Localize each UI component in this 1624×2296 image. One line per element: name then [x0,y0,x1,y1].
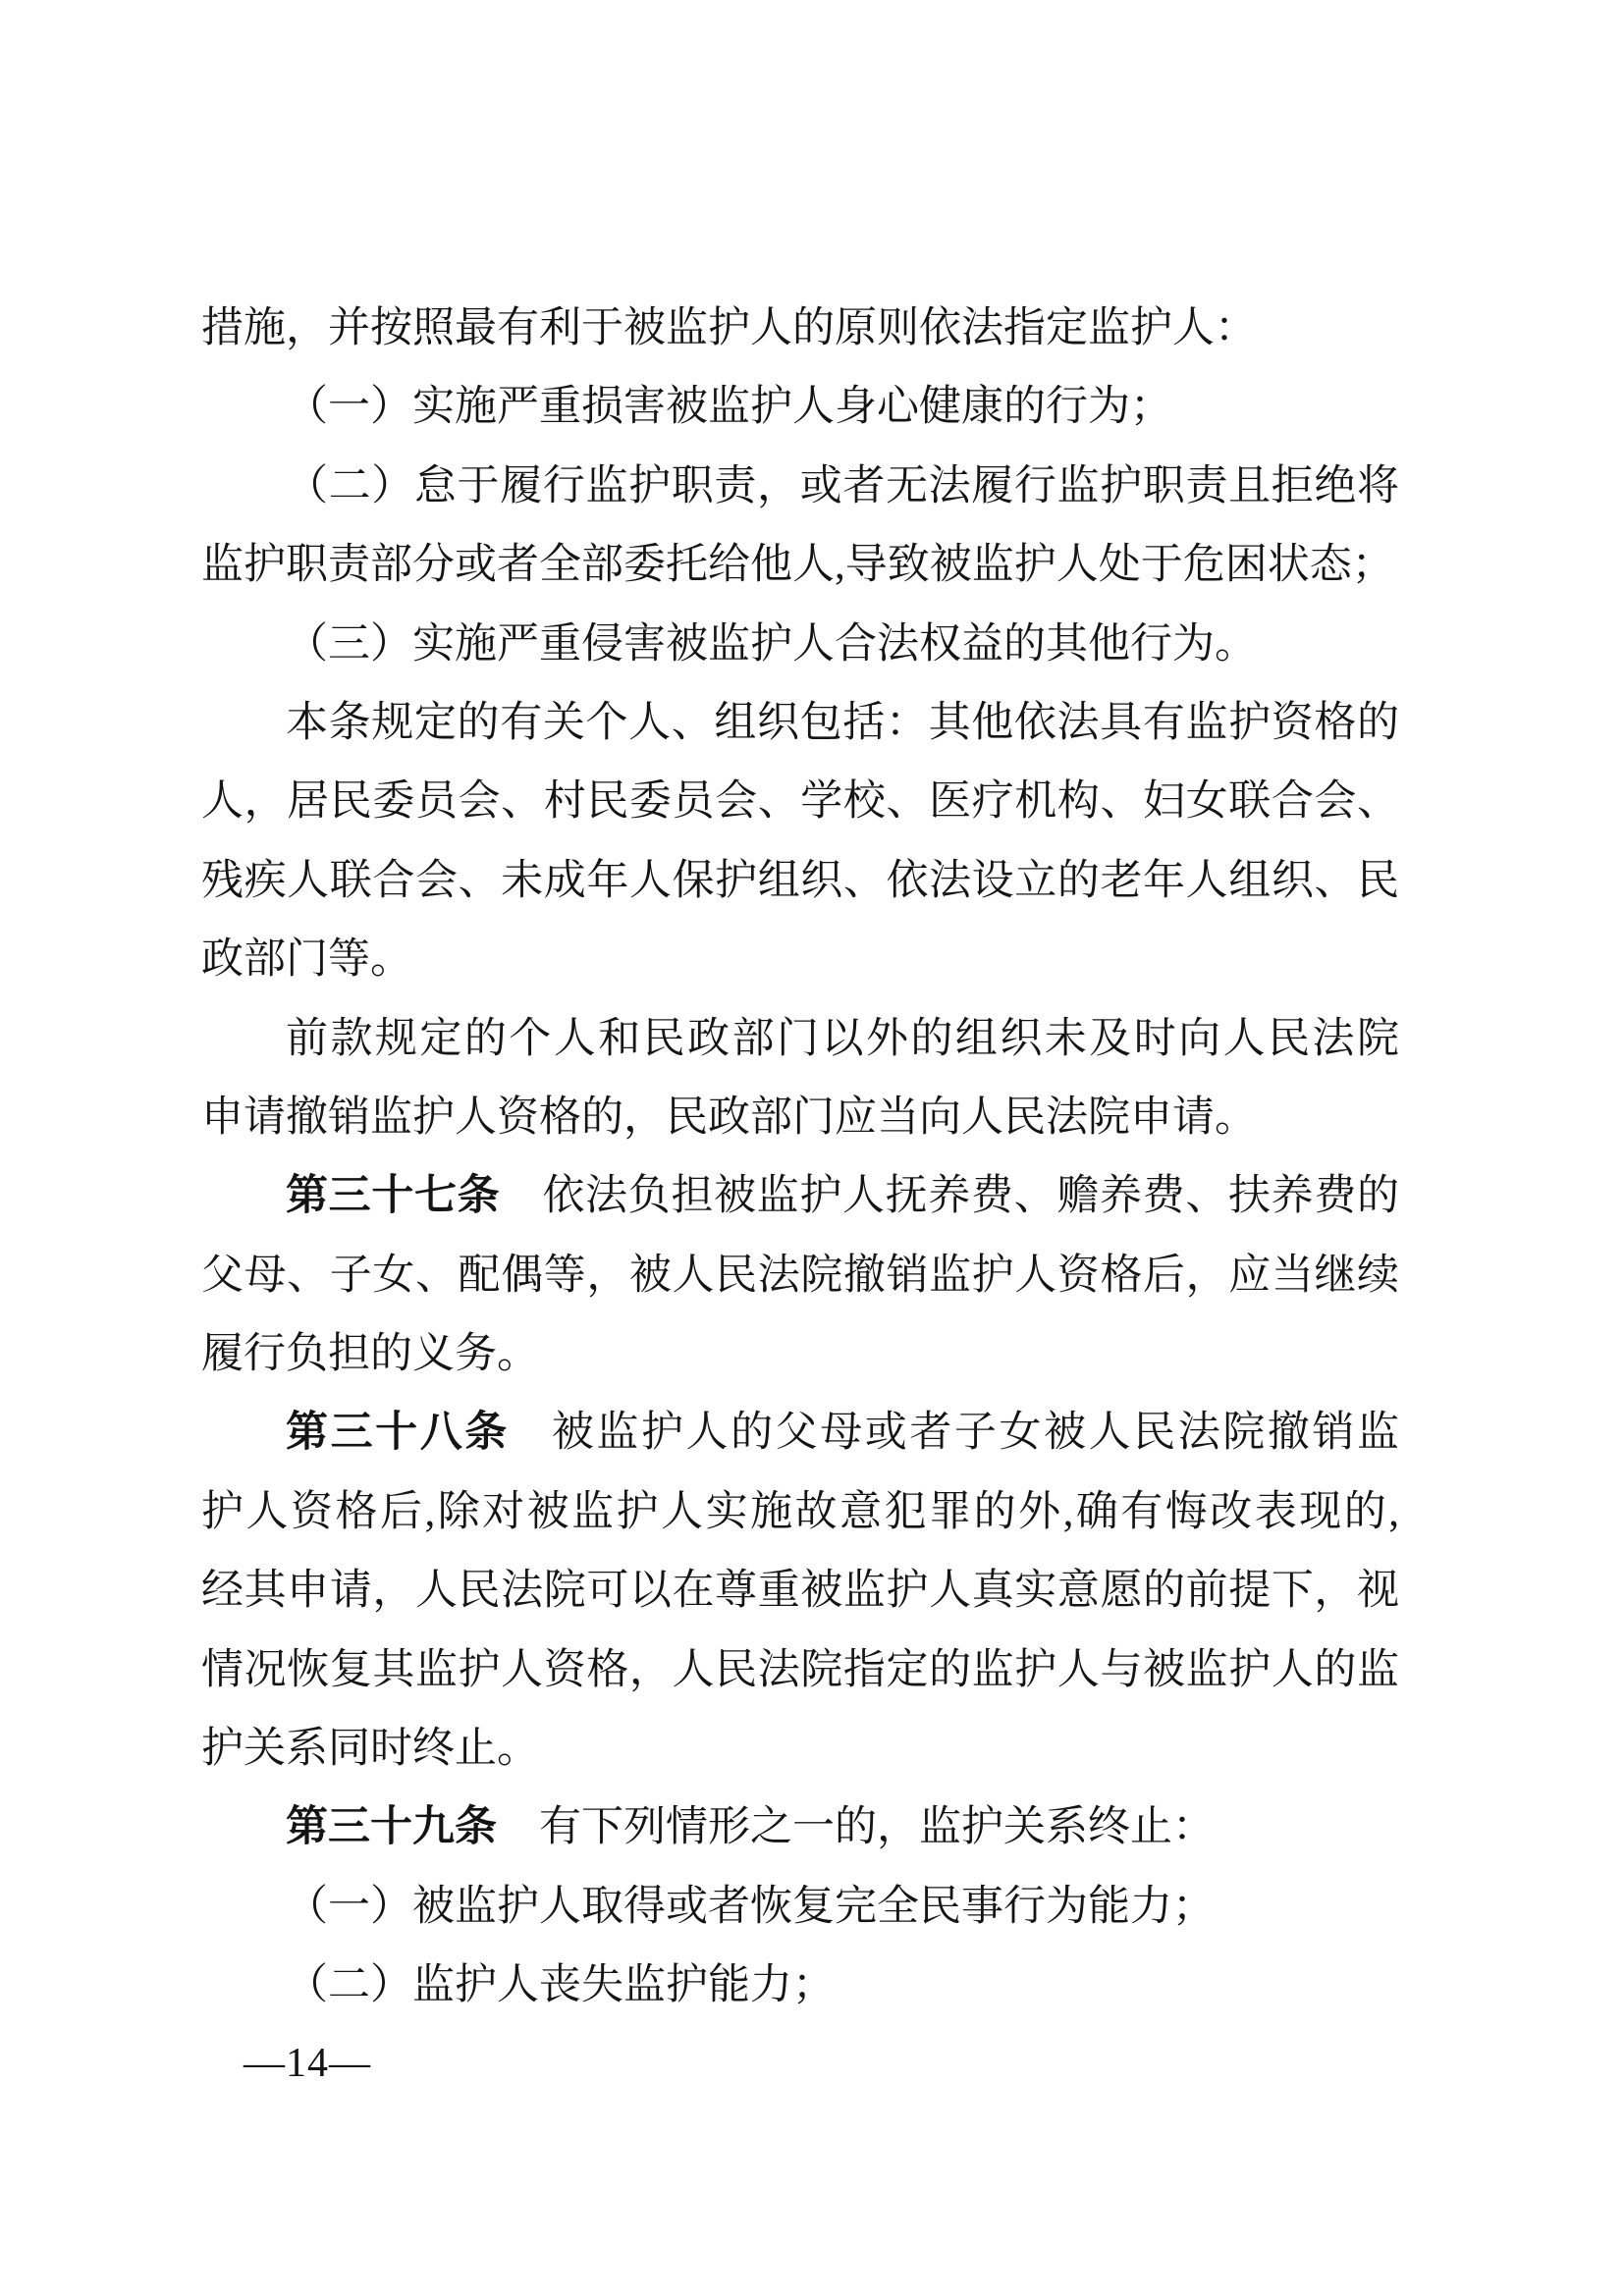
text-line: 第三十八条被监护人的父母或者子女被人民法院撤销监 [201,1394,1399,1472]
line-text: 依法负担被监护人抚养费、赡养费、扶养费的 [542,1173,1399,1219]
text-line: 第三十九条有下列情形之一的，监护关系终止： [201,1789,1399,1867]
text-line: 措施，并按照最有利于被监护人的原则依法指定监护人： [201,290,1399,368]
line-text: 前款规定的个人和民政部门以外的组织未及时向人民法院 [286,1016,1399,1062]
text-line: 护人资格后,除对被监护人实施故意犯罪的外,确有悔改表现的, [201,1473,1399,1552]
text-line: （一）实施严重损害被监护人身心健康的行为； [201,368,1399,447]
line-text: 情况恢复其监护人资格，人民法院指定的监护人与被监护人的监 [201,1647,1399,1693]
line-text: 护人资格后,除对被监护人实施故意犯罪的外,确有悔改表现的, [201,1489,1399,1535]
article-number: 第三十八条 [286,1410,510,1456]
line-text: （三）实施严重侵害被监护人合法权益的其他行为。 [286,621,1257,667]
text-line: 残疾人联合会、未成年人保护组织、依法设立的老年人组织、民 [201,842,1399,921]
page-number: —14— [244,2041,371,2086]
line-text: 申请撤销监护人资格的，民政部门应当向人民法院申请。 [201,1095,1257,1141]
line-text: 残疾人联合会、未成年人保护组织、依法设立的老年人组织、民 [201,858,1399,904]
text-line: 经其申请，人民法院可以在尊重被监护人真实意愿的前提下，视 [201,1552,1399,1630]
text-line: 情况恢复其监护人资格，人民法院指定的监护人与被监护人的监 [201,1631,1399,1710]
text-line: 第三十七条依法负担被监护人抚养费、赡养费、扶养费的 [201,1157,1399,1236]
document-body: 措施，并按照最有利于被监护人的原则依法指定监护人： （一）实施严重损害被监护人身… [201,290,1399,2026]
line-text: （二）怠于履行监护职责，或者无法履行监护职责且拒绝将 [286,463,1399,509]
text-line: 政部门等。 [201,921,1399,999]
text-line: 监护职责部分或者全部委托给他人,导致被监护人处于危困状态； [201,526,1399,605]
line-text: 人，居民委员会、村民委员会、学校、医疗机构、妇女联合会、 [201,778,1399,825]
line-text: （二）监护人丧失监护能力； [286,1962,835,2008]
text-line: 履行负担的义务。 [201,1315,1399,1394]
article-number: 第三十七条 [286,1173,500,1219]
page-footer: —14— [244,2034,371,2093]
text-line: （三）实施严重侵害被监护人合法权益的其他行为。 [201,606,1399,684]
line-text: 本条规定的有关个人、组织包括：其他依法具有监护资格的 [286,700,1399,746]
line-text: 经其申请，人民法院可以在尊重被监护人真实意愿的前提下，视 [201,1568,1399,1614]
line-text: （一）被监护人取得或者恢复完全民事行为能力； [286,1884,1215,1930]
line-text: 监护职责部分或者全部委托给他人,导致被监护人处于危困状态； [201,542,1394,588]
text-line: （一）被监护人取得或者恢复完全民事行为能力； [201,1868,1399,1947]
line-text: 履行负担的义务。 [201,1331,539,1377]
text-line: 申请撤销监护人资格的，民政部门应当向人民法院申请。 [201,1079,1399,1157]
line-text: 措施，并按照最有利于被监护人的原则依法指定监护人： [201,305,1257,351]
text-line: （二）怠于履行监护职责，或者无法履行监护职责且拒绝将 [201,448,1399,526]
text-line: 前款规定的个人和民政部门以外的组织未及时向人民法院 [201,1000,1399,1079]
text-line: 护关系同时终止。 [201,1710,1399,1789]
text-line: 人，居民委员会、村民委员会、学校、医疗机构、妇女联合会、 [201,763,1399,841]
line-text: 父母、子女、配偶等，被人民法院撤销监护人资格后，应当继续 [201,1253,1399,1299]
line-text: 政部门等。 [201,936,412,983]
text-line: 父母、子女、配偶等，被人民法院撤销监护人资格后，应当继续 [201,1237,1399,1315]
line-text: （一）实施严重损害被监护人身心健康的行为； [286,384,1172,430]
text-line: （二）监护人丧失监护能力； [201,1947,1399,2025]
text-line: 本条规定的有关个人、组织包括：其他依法具有监护资格的 [201,684,1399,763]
line-text: 被监护人的父母或者子女被人民法院撤销监 [552,1410,1399,1456]
line-text: 有下列情形之一的，监护关系终止： [539,1804,1215,1850]
line-text: 护关系同时终止。 [201,1726,539,1772]
article-number: 第三十九条 [286,1804,497,1850]
